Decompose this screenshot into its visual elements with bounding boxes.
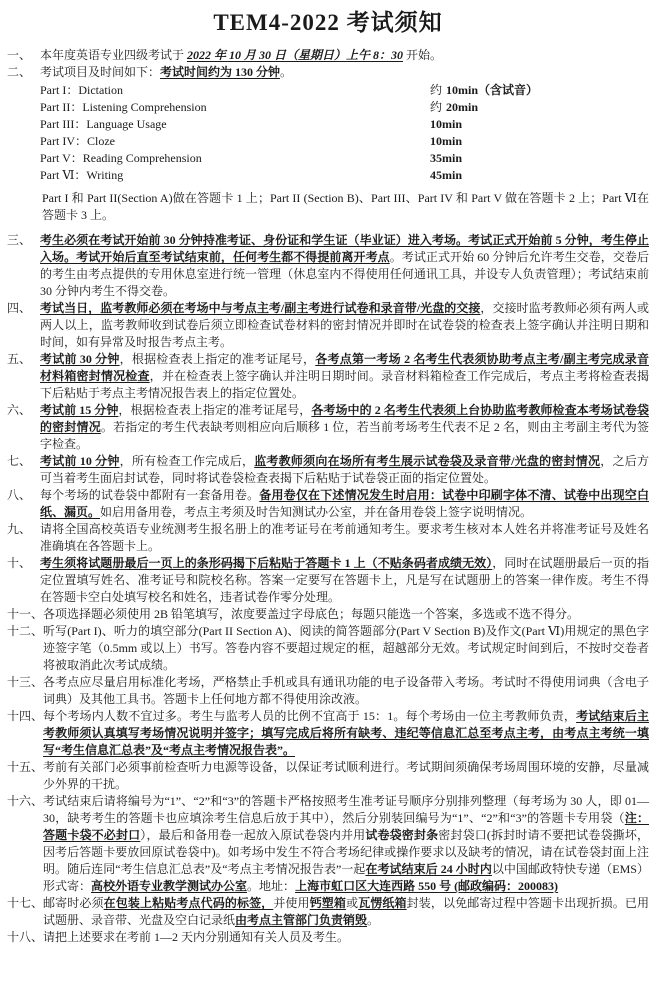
text-segment: 请将全国高校英语专业统测考生报名册上的准考证号在考前通知考生。要求考生核对本人姓… [40, 522, 649, 553]
schedule-duration-value: 35min [430, 151, 462, 165]
text-segment: 考试前 10 分钟 [40, 454, 120, 468]
schedule-duration: 10min [430, 133, 462, 150]
text-segment: 上海市虹口区大连西路 550 号 (邮政编码：200083) [295, 879, 558, 893]
notice-item: 十八、请把上述要求在考前 1—2 天内分别通知有关人员及考生。 [7, 929, 649, 946]
schedule-part-label: Part Ⅵ：Writing [40, 167, 430, 184]
item-paragraph: 考生必须在考试开始前 30 分钟持准考证、身份证和学生证（毕业证）进入考场。考试… [40, 232, 649, 300]
item-paragraph: 各项选择题必须使用 2B 铅笔填写，浓度要盖过字母底色；每题只能选一个答案，多选… [43, 606, 649, 623]
schedule-duration-value: 45min [430, 168, 462, 182]
item-paragraph: 考试前 15 分钟，根据检查表上指定的准考证尾号，各考场中的 2 名考生代表须上… [40, 402, 649, 453]
text-segment: ，根据检查表上指定的准考证尾号， [118, 403, 311, 417]
text-segment: 本年度英语专业四级考试于 [40, 48, 187, 62]
text-segment: 。 [367, 913, 379, 927]
schedule-duration: 35min [430, 150, 462, 167]
item-body: 各考点应尽量启用标准化考场，严格禁止手机或具有通讯功能的电子设备带入考场。考试时… [43, 674, 649, 708]
item-number: 一、 [7, 47, 40, 64]
schedule-row: Part V：Reading Comprehension35min [40, 150, 649, 167]
text-segment: 。地址： [247, 879, 295, 893]
item-paragraph: 邮寄时必须在包装上粘贴考点代码的标签，并使用钙塑箱或瓦愣纸箱封装，以免邮寄过程中… [43, 895, 649, 929]
text-segment: 考试当日，监考教师必须在考场中与考点主考/副主考进行试卷和录音带/光盘的交接 [40, 301, 480, 315]
notice-item: 八、每个考场的试卷袋中都附有一套备用卷。备用卷仅在下述情况发生时启用：试卷中印刷… [7, 487, 649, 521]
item-paragraph: 考生须将试题册最后一页上的条形码揭下后粘贴于答题卡 1 上（不贴条码者成绩无效）… [40, 555, 649, 606]
item-number: 五、 [7, 351, 40, 368]
item-body: 考前有关部门必须事前检查听力电源等设备，以保证考试顺利进行。考试期间须确保考场周… [43, 759, 649, 793]
notice-item: 九、请将全国高校英语专业统测考生报名册上的准考证号在考前通知考生。要求考生核对本… [7, 521, 649, 555]
item-number: 三、 [7, 232, 40, 249]
text-segment: 考试结束后请将编号为“1”、“2”和“3”的答题卡严格按照考生准考证号顺序分别排… [43, 794, 649, 825]
item-body: 考试前 30 分钟，根据检查表上指定的准考证尾号，各考点第一考场 2 名考生代表… [40, 351, 649, 402]
item-number: 六、 [7, 402, 40, 419]
text-segment: 考生须将试题册最后一页上的条形码揭下后粘贴于答题卡 1 上（不贴条码者成绩无效） [40, 556, 492, 570]
text-segment: 或 [346, 896, 358, 910]
schedule-row: Part II：Listening Comprehension约20min [40, 99, 649, 116]
item-number: 九、 [7, 521, 40, 538]
notice-item: 四、考试当日，监考教师必须在考场中与考点主考/副主考进行试卷和录音带/光盘的交接… [7, 300, 649, 351]
item-paragraph: 每个考场的试卷袋中都附有一套备用卷。备用卷仅在下述情况发生时启用：试卷中印刷字体… [40, 487, 649, 521]
item-number: 十四、 [7, 708, 43, 725]
item-paragraph: 请将全国高校英语专业统测考生报名册上的准考证号在考前通知考生。要求考生核对本人姓… [40, 521, 649, 555]
notice-item: 十六、考试结束后请将编号为“1”、“2”和“3”的答题卡严格按照考生准考证号顺序… [7, 793, 649, 895]
notice-list: 一、本年度英语专业四级考试于 2022 年 10 月 30 日（星期日）上午 8… [7, 47, 649, 946]
text-segment: 。若指定的考生代表缺考则相应向后顺移 1 位，若当前考场考生代表不足 2 名，则… [40, 420, 649, 451]
notice-item: 五、考试前 30 分钟，根据检查表上指定的准考证尾号，各考点第一考场 2 名考生… [7, 351, 649, 402]
notice-item: 十三、各考点应尽量启用标准化考场，严格禁止手机或具有通讯功能的电子设备带入考场。… [7, 674, 649, 708]
text-segment: 请把上述要求在考前 1—2 天内分别通知有关人员及考生。 [43, 930, 349, 944]
schedule-row: Part III：Language Usage10min [40, 116, 649, 133]
schedule-part-label: Part IV：Cloze [40, 133, 430, 150]
item-number: 十二、 [7, 623, 43, 640]
schedule-duration-value: 10min [430, 134, 462, 148]
notice-item: 十七、邮寄时必须在包装上粘贴考点代码的标签，并使用钙塑箱或瓦愣纸箱封装，以免邮寄… [7, 895, 649, 929]
notice-item: 十、考生须将试题册最后一页上的条形码揭下后粘贴于答题卡 1 上（不贴条码者成绩无… [7, 555, 649, 606]
item-paragraph: 考试结束后请将编号为“1”、“2”和“3”的答题卡严格按照考生准考证号顺序分别排… [43, 793, 649, 895]
text-segment: 2022 年 10 月 30 日（星期日）上午 8：30 [187, 48, 403, 62]
text-segment: 在包装上粘贴考点代码的标签， [104, 896, 274, 910]
text-segment: 由考点主管部门负责销毁 [235, 913, 367, 927]
text-segment: 邮寄时必须 [43, 896, 104, 910]
notice-item: 七、考试前 10 分钟，所有检查工作完成后，监考教师须向在场所有考生展示试卷袋及… [7, 453, 649, 487]
item-number: 十一、 [7, 606, 43, 623]
text-segment: ），最后和备用卷一起放入原试卷袋内并用 [140, 828, 365, 842]
item-body: 本年度英语专业四级考试于 2022 年 10 月 30 日（星期日）上午 8：3… [40, 47, 649, 64]
item-paragraph: 请把上述要求在考前 1—2 天内分别通知有关人员及考生。 [43, 929, 649, 946]
schedule-row: Part I：Dictation约10min（含试音） [40, 82, 649, 99]
schedule-approx-prefix: 约 [430, 83, 442, 97]
item-paragraph: 考试前 10 分钟，所有检查工作完成后，监考教师须向在场所有考生展示试卷袋及录音… [40, 453, 649, 487]
item-body: 邮寄时必须在包装上粘贴考点代码的标签，并使用钙塑箱或瓦愣纸箱封装，以免邮寄过程中… [43, 895, 649, 929]
item-number: 二、 [7, 64, 40, 81]
item-paragraph: 每个考场内人数不宜过多。考生与监考人员的比例不宜高于 15：1。每个考场由一位主… [43, 708, 649, 759]
item-body: 考生须将试题册最后一页上的条形码揭下后粘贴于答题卡 1 上（不贴条码者成绩无效）… [40, 555, 649, 606]
item-body: 听写(Part I)、听力的填空部分(Part II Section A)、阅读… [43, 623, 649, 674]
item-body: 请把上述要求在考前 1—2 天内分别通知有关人员及考生。 [43, 929, 649, 946]
item-paragraph: 考试项目及时间如下：考试时间约为 130 分钟。 [40, 64, 649, 81]
text-segment: 。 [280, 65, 292, 79]
notice-item: 十一、各项选择题必须使用 2B 铅笔填写，浓度要盖过字母底色；每题只能选一个答案… [7, 606, 649, 623]
item-body: 各项选择题必须使用 2B 铅笔填写，浓度要盖过字母底色；每题只能选一个答案，多选… [43, 606, 649, 623]
item-paragraph: 考试当日，监考教师必须在考场中与考点主考/副主考进行试卷和录音带/光盘的交接，交… [40, 300, 649, 351]
text-segment: 在考试结束后 24 小时内 [365, 862, 491, 876]
item-body: 考试结束后请将编号为“1”、“2”和“3”的答题卡严格按照考生准考证号顺序分别排… [43, 793, 649, 895]
item-number: 十七、 [7, 895, 43, 912]
item-number: 十六、 [7, 793, 43, 810]
text-segment: 开始。 [403, 48, 442, 62]
document-page: TEM4-2022 考试须知 一、本年度英语专业四级考试于 2022 年 10 … [0, 0, 658, 986]
text-segment: 并使用 [273, 896, 309, 910]
schedule-part-label: Part II：Listening Comprehension [40, 99, 430, 116]
text-segment: 考试前 15 分钟 [40, 403, 118, 417]
item-body: 考试前 15 分钟，根据检查表上指定的准考证尾号，各考场中的 2 名考生代表须上… [40, 402, 649, 453]
item-paragraph: 考试前 30 分钟，根据检查表上指定的准考证尾号，各考点第一考场 2 名考生代表… [40, 351, 649, 402]
item-body: 请将全国高校英语专业统测考生报名册上的准考证号在考前通知考生。要求考生核对本人姓… [40, 521, 649, 555]
text-segment: 如启用备用卷，考点主考须及时告知测试办公室，并在备用卷袋上签字说明情况。 [100, 505, 532, 519]
text-segment: ，所有检查工作完成后， [120, 454, 255, 468]
item-number: 八、 [7, 487, 40, 504]
item-body: 考试项目及时间如下：考试时间约为 130 分钟。Part I：Dictation… [40, 64, 649, 232]
schedule-duration-value: 10min（含试音） [446, 83, 538, 97]
notice-item: 二、考试项目及时间如下：考试时间约为 130 分钟。Part I：Dictati… [7, 64, 649, 232]
answer-sheet-note: Part I 和 Part II(Section A)做在答题卡 1 上；Par… [42, 190, 649, 224]
schedule-duration: 约20min [430, 99, 478, 116]
notice-item: 六、考试前 15 分钟，根据检查表上指定的准考证尾号，各考场中的 2 名考生代表… [7, 402, 649, 453]
schedule-duration: 约10min（含试音） [430, 82, 538, 99]
schedule-part-label: Part III：Language Usage [40, 116, 430, 133]
item-paragraph: 本年度英语专业四级考试于 2022 年 10 月 30 日（星期日）上午 8：3… [40, 47, 649, 64]
item-body: 考试前 10 分钟，所有检查工作完成后，监考教师须向在场所有考生展示试卷袋及录音… [40, 453, 649, 487]
item-paragraph: 各考点应尽量启用标准化考场，严格禁止手机或具有通讯功能的电子设备带入考场。考试时… [43, 674, 649, 708]
text-segment: 钙塑箱 [310, 896, 346, 910]
item-number: 七、 [7, 453, 40, 470]
text-segment: ，根据检查表上指定的准考证尾号， [120, 352, 316, 366]
schedule-part-label: Part V：Reading Comprehension [40, 150, 430, 167]
text-segment: 瓦愣纸箱 [358, 896, 406, 910]
exam-schedule: Part I：Dictation约10min（含试音）Part II：Liste… [40, 82, 649, 184]
item-number: 四、 [7, 300, 40, 317]
notice-item: 十四、每个考场内人数不宜过多。考生与监考人员的比例不宜高于 15：1。每个考场由… [7, 708, 649, 759]
schedule-duration: 10min [430, 116, 462, 133]
schedule-row: Part Ⅵ：Writing45min [40, 167, 649, 184]
notice-item: 三、考生必须在考试开始前 30 分钟持准考证、身份证和学生证（毕业证）进入考场。… [7, 232, 649, 300]
text-segment: 各考点应尽量启用标准化考场，严格禁止手机或具有通讯功能的电子设备带入考场。考试时… [43, 675, 649, 706]
page-title: TEM4-2022 考试须知 [7, 8, 649, 38]
schedule-part-label: Part I：Dictation [40, 82, 430, 99]
text-segment: 高校外语专业教学测试办公室 [91, 879, 247, 893]
item-number: 十三、 [7, 674, 43, 691]
item-body: 考试当日，监考教师必须在考场中与考点主考/副主考进行试卷和录音带/光盘的交接，交… [40, 300, 649, 351]
notice-item: 十五、考前有关部门必须事前检查听力电源等设备，以保证考试顺利进行。考试期间须确保… [7, 759, 649, 793]
item-body: 每个考场内人数不宜过多。考生与监考人员的比例不宜高于 15：1。每个考场由一位主… [43, 708, 649, 759]
item-body: 每个考场的试卷袋中都附有一套备用卷。备用卷仅在下述情况发生时启用：试卷中印刷字体… [40, 487, 649, 521]
schedule-row: Part IV：Cloze10min [40, 133, 649, 150]
text-segment: 各项选择题必须使用 2B 铅笔填写，浓度要盖过字母底色；每题只能选一个答案，多选… [43, 607, 579, 621]
text-segment: 监考教师须向在场所有考生展示试卷袋及录音带/光盘的密封情况 [254, 454, 600, 468]
notice-item: 一、本年度英语专业四级考试于 2022 年 10 月 30 日（星期日）上午 8… [7, 47, 649, 64]
text-segment: 考试时间约为 130 分钟 [160, 65, 280, 79]
item-paragraph: 考前有关部门必须事前检查听力电源等设备，以保证考试顺利进行。考试期间须确保考场周… [43, 759, 649, 793]
schedule-duration: 45min [430, 167, 462, 184]
text-segment: 每个考场内人数不宜过多。考生与监考人员的比例不宜高于 15：1。每个考场由一位主… [43, 709, 576, 723]
item-body: 考生必须在考试开始前 30 分钟持准考证、身份证和学生证（毕业证）进入考场。考试… [40, 232, 649, 300]
schedule-duration-value: 10min [430, 117, 462, 131]
item-number: 十、 [7, 555, 40, 572]
item-paragraph: 听写(Part I)、听力的填空部分(Part II Section A)、阅读… [43, 623, 649, 674]
item-number: 十八、 [7, 929, 43, 946]
text-segment: 考试前 30 分钟 [40, 352, 120, 366]
schedule-duration-value: 20min [446, 100, 478, 114]
text-segment: 考前有关部门必须事前检查听力电源等设备，以保证考试顺利进行。考试期间须确保考场周… [43, 760, 649, 791]
item-number: 十五、 [7, 759, 43, 776]
schedule-approx-prefix: 约 [430, 100, 442, 114]
text-segment: 考试项目及时间如下： [40, 65, 160, 79]
text-segment: 听写(Part I)、听力的填空部分(Part II Section A)、阅读… [43, 624, 649, 672]
text-segment: 每个考场的试卷袋中都附有一套备用卷。 [40, 488, 259, 502]
text-segment: 试卷袋密封条 [365, 828, 438, 842]
notice-item: 十二、听写(Part I)、听力的填空部分(Part II Section A)… [7, 623, 649, 674]
